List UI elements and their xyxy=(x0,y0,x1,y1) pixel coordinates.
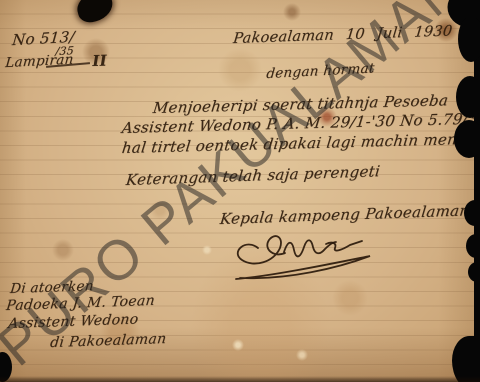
closing-line: Keterangan telah saja perengeti xyxy=(125,162,381,189)
addressee-line: Assistent Wedono xyxy=(7,311,139,332)
scanned-letter: No 513/ /35 Lampiran II Pakoealaman 10 J… xyxy=(0,0,480,382)
torn-edge-right xyxy=(464,200,480,226)
torn-edge-right xyxy=(466,234,480,258)
attachment-numeral: II xyxy=(92,51,107,69)
attachment-label: Lampiran xyxy=(5,51,75,71)
torn-edge-right xyxy=(454,120,480,158)
addressee-line: Di atoerken xyxy=(9,278,94,297)
signature xyxy=(222,222,382,284)
paper-sheet: No 513/ /35 Lampiran II Pakoealaman 10 J… xyxy=(0,0,480,382)
paper-bottom-shadow xyxy=(0,376,480,382)
salutation: dengan hormat xyxy=(266,60,376,82)
torn-edge-right xyxy=(458,16,480,62)
torn-edge-right xyxy=(468,262,480,282)
addressee-line: di Pakoealaman xyxy=(49,331,167,351)
dateline: Pakoealaman 10 Juli 1930 xyxy=(232,23,453,47)
torn-edge-right xyxy=(456,76,480,118)
